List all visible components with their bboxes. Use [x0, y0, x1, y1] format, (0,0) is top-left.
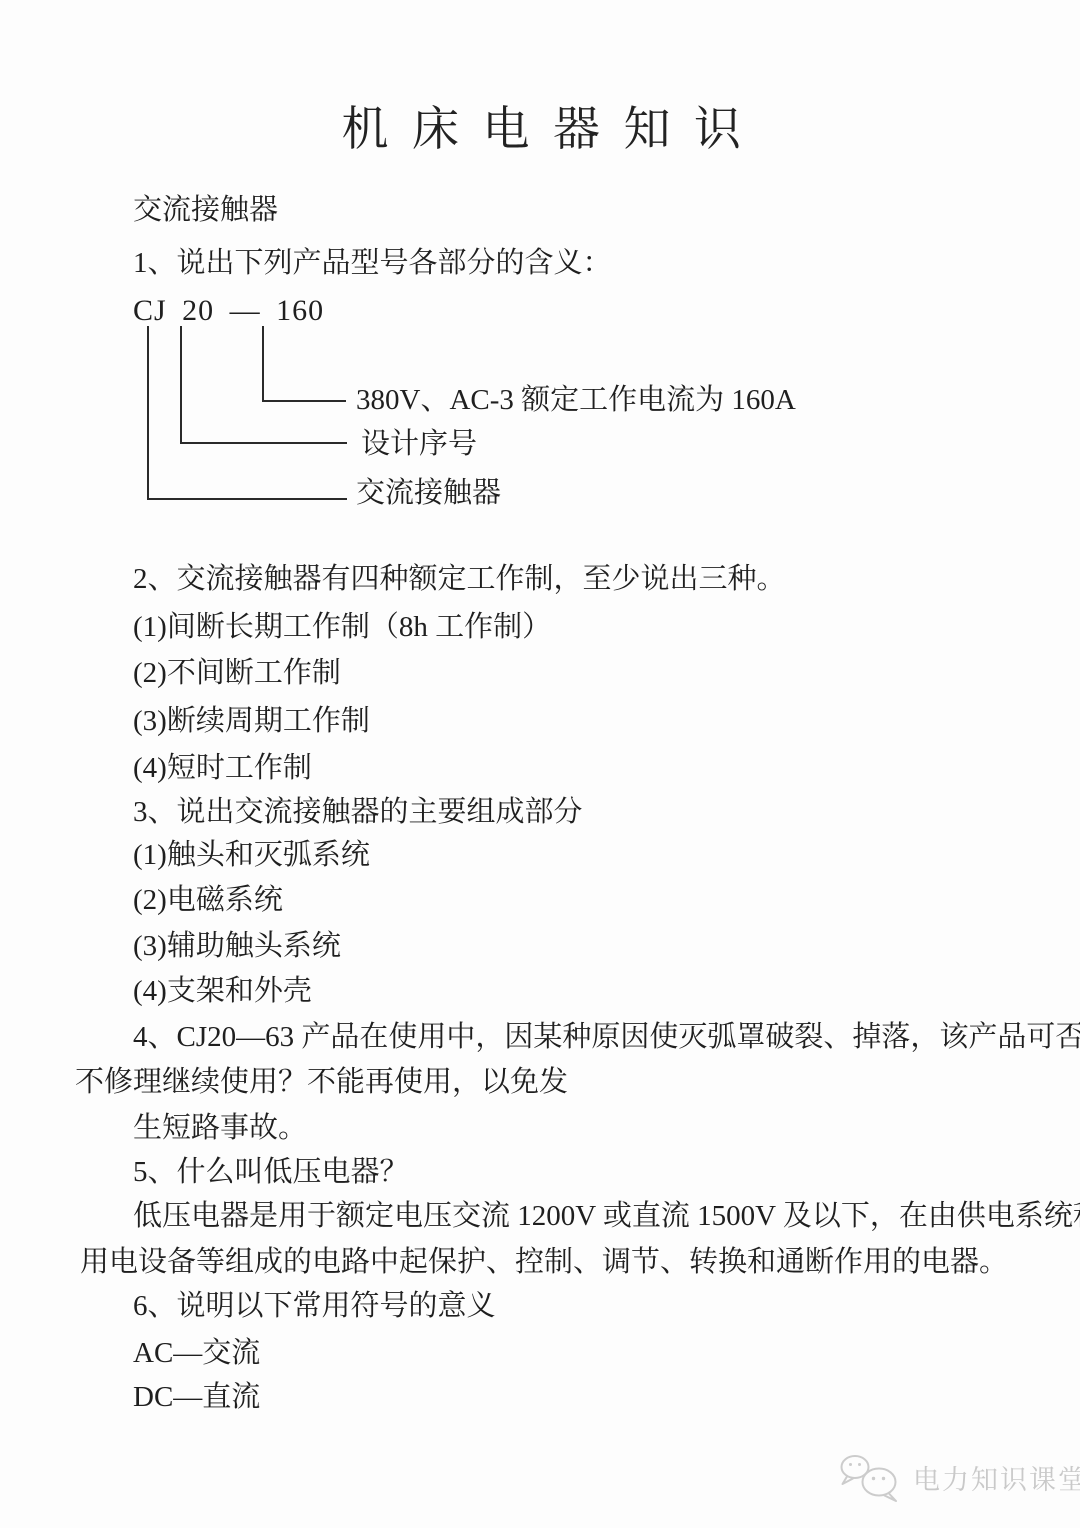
doc-line-q6: 6、说明以下常用符号的意义 [133, 1289, 496, 1323]
doc-line-q2-item1: (1)间断长期工作制（8h 工作制） [133, 610, 551, 644]
doc-line-q2-item4: (4)短时工作制 [133, 751, 312, 785]
document-page: 机床电器知识 交流接触器 1、说出下列产品型号各部分的含义： CJ 20 — 1… [0, 0, 1080, 1528]
section-heading: 交流接触器 [133, 193, 278, 227]
watermark-label: 电力知识课堂 [913, 1458, 1080, 1497]
doc-line-q2-item2: (2)不间断工作制 [133, 656, 341, 690]
diagram-label-contactor-type: 交流接触器 [356, 476, 501, 510]
document-title: 机床电器知识 [0, 92, 1080, 159]
diagram-label-rated-current: 380V、AC-3 额定工作电流为 160A [356, 383, 796, 417]
watermark: 电力知识课堂 [838, 1450, 1080, 1504]
doc-line-q3: 3、说出交流接触器的主要组成部分 [133, 795, 583, 829]
doc-line-q5-ans1: 低压电器是用于额定电压交流 1200V 或直流 1500V 及以下，在由供电系统… [133, 1199, 1080, 1233]
doc-line-q5-ans2: 用电设备等组成的电路中起保护、控制、调节、转换和通断作用的电器。 [80, 1245, 1008, 1279]
doc-line-q3-item4: (4)支架和外壳 [133, 974, 312, 1008]
doc-line-q3-item3: (3)辅助触头系统 [133, 929, 341, 963]
model-code: CJ 20 — 160 [133, 294, 324, 328]
question-1: 1、说出下列产品型号各部分的含义： [133, 246, 612, 280]
doc-line-q4-wrap2: 生短路事故。 [133, 1111, 307, 1145]
doc-line-q4-wrap1: 不修理继续使用？不能再使用，以免发 [75, 1065, 568, 1099]
doc-line-dc: DC—直流 [133, 1380, 260, 1414]
doc-line-q2-item3: (3)断续周期工作制 [133, 704, 370, 738]
doc-line-q3-item1: (1)触头和灭弧系统 [133, 838, 370, 872]
diagram-label-design-series: 设计序号 [361, 427, 477, 461]
doc-line-q3-item2: (2)电磁系统 [133, 883, 283, 917]
doc-line-q2: 2、交流接触器有四种额定工作制，至少说出三种。 [133, 562, 786, 596]
connector-line-160 [262, 326, 346, 402]
doc-line-q5: 5、什么叫低压电器？ [133, 1155, 409, 1189]
doc-line-q4: 4、CJ20—63 产品在使用中，因某种原因使灭弧罩破裂、掉落，该产品可否 [133, 1020, 1080, 1054]
wechat-chat-bubbles-icon [838, 1450, 904, 1504]
doc-line-ac: AC—交流 [133, 1336, 260, 1370]
